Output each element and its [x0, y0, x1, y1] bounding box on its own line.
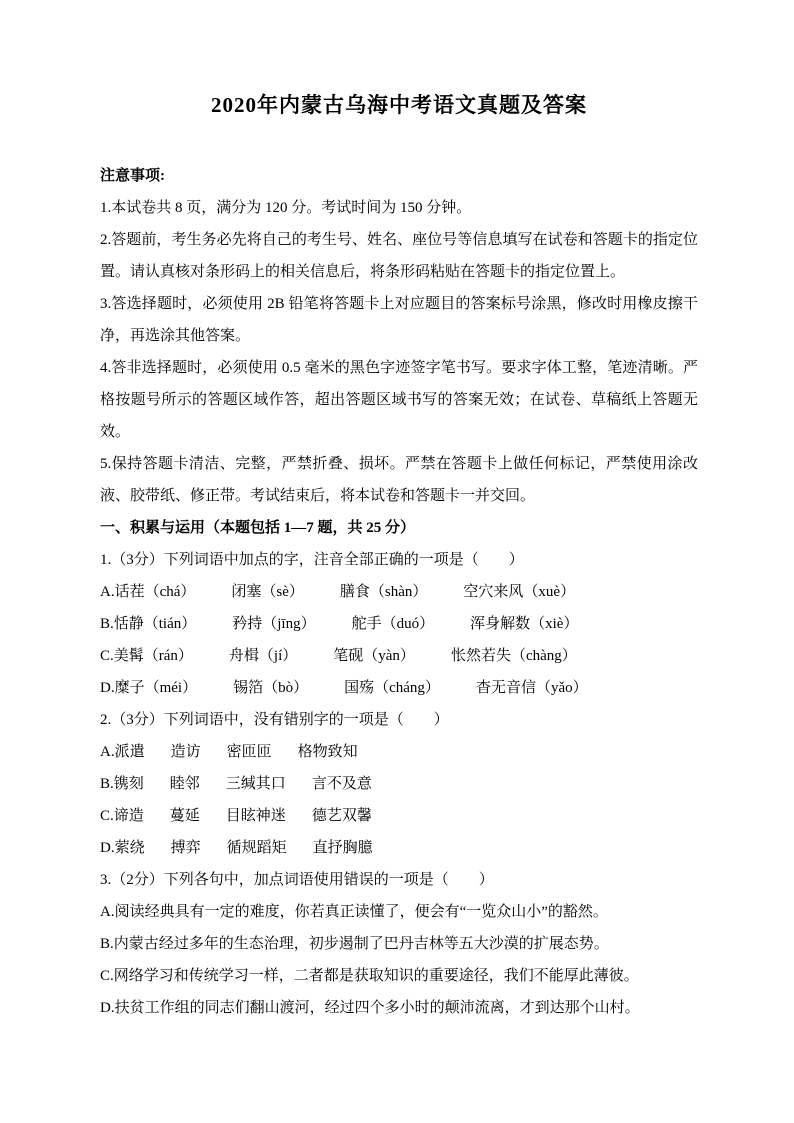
option-word: 萦绕	[115, 840, 145, 856]
question-1-number: 1.	[100, 552, 111, 568]
option-sentence: 内蒙古经过多年的生态治理，初步遏制了巴丹吉林等五大沙漠的扩展态势。	[114, 936, 609, 952]
question-3-option-a: A.阅读经典具有一定的难度，你若真正读懂了，便会有“一览众山小”的豁然。	[100, 896, 698, 928]
option-label: A.	[100, 584, 115, 600]
notice-item-5: 5.保持答题卡清洁、完整，严禁折叠、损坏。严禁在答题卡上做任何标记，严禁使用涂改…	[100, 448, 698, 512]
option-word: 国殇（cháng）	[344, 680, 440, 696]
question-2-option-c: C.谛造蔓延目眩神迷德艺双馨	[100, 800, 698, 832]
option-word: 膳食（shàn）	[340, 584, 428, 600]
notice-heading: 注意事项:	[100, 160, 698, 192]
option-label: C.	[100, 648, 114, 664]
question-2-stem: 2.（3分）下列词语中，没有错别字的一项是（ ）	[100, 704, 698, 736]
option-word: 直抒胸臆	[313, 840, 373, 856]
question-1-option-c: C.美髯（rán）舟楫（jí）笔砚（yàn）怅然若失（chàng）	[100, 640, 698, 672]
notice-item-1: 1.本试卷共 8 页，满分为 120 分。考试时间为 150 分钟。	[100, 192, 698, 224]
question-3-stem: 3.（2分）下列各句中，加点词语使用错误的一项是（ ）	[100, 864, 698, 896]
option-label: A.	[100, 744, 115, 760]
option-label: D.	[100, 1000, 115, 1016]
question-3-text: （2分）下列各句中，加点词语使用错误的一项是（ ）	[111, 872, 494, 888]
question-1-option-a: A.话茬（chá）闭塞（sè）膳食（shàn）空穴来风（xuè）	[100, 576, 698, 608]
question-2-option-b: B.镌刻睦邻三缄其口言不及意	[100, 768, 698, 800]
option-word: 笔砚（yàn）	[333, 648, 415, 664]
question-2-number: 2.	[100, 712, 111, 728]
option-word: 恬静（tián）	[114, 616, 197, 632]
option-label: B.	[100, 776, 114, 792]
option-sentence: 阅读经典具有一定的难度，你若真正读懂了，便会有“一览众山小”的豁然。	[115, 904, 608, 920]
option-word: 格物致知	[298, 744, 358, 760]
option-word: 循规蹈矩	[227, 840, 287, 856]
question-3-number: 3.	[100, 872, 111, 888]
question-2-option-a: A.派遣造访密匝匝格物致知	[100, 736, 698, 768]
option-word: 锡箔（bò）	[233, 680, 308, 696]
document-page: 2020年内蒙古乌海中考语文真题及答案 注意事项: 1.本试卷共 8 页，满分为…	[0, 0, 794, 1123]
question-3-option-c: C.网络学习和传统学习一样，二者都是获取知识的重要途径，我们不能厚此薄彼。	[100, 960, 698, 992]
question-2-option-d: D.萦绕搏弈循规蹈矩直抒胸臆	[100, 832, 698, 864]
notice-item-4: 4.答非选择题时，必须使用 0.5 毫米的黑色字迹签字笔书写。要求字体工整，笔迹…	[100, 352, 698, 448]
option-word: 糜子（méi）	[115, 680, 198, 696]
option-sentence: 网络学习和传统学习一样，二者都是获取知识的重要途径，我们不能厚此薄彼。	[114, 968, 639, 984]
option-word: 浑身解数（xiè）	[470, 616, 578, 632]
option-word: 谛造	[114, 808, 144, 824]
option-label: C.	[100, 968, 114, 984]
option-word: 怅然若失（chàng）	[451, 648, 577, 664]
option-word: 镌刻	[114, 776, 144, 792]
question-1-option-b: B.恬静（tián）矜持（jīng）舵手（duó）浑身解数（xiè）	[100, 608, 698, 640]
option-word: 矜持（jīng）	[232, 616, 315, 632]
question-1-stem: 1.（3分）下列词语中加点的字，注音全部正确的一项是（ ）	[100, 544, 698, 576]
question-3-option-d: D.扶贫工作组的同志们翻山渡河，经过四个多小时的颠沛流离，才到达那个山村。	[100, 992, 698, 1024]
option-sentence: 扶贫工作组的同志们翻山渡河，经过四个多小时的颠沛流离，才到达那个山村。	[115, 1000, 640, 1016]
section-heading: 一、积累与运用（本题包括 1—7 题，共 25 分）	[100, 512, 698, 544]
option-label: D.	[100, 680, 115, 696]
option-word: 言不及意	[312, 776, 372, 792]
option-word: 舵手（duó）	[352, 616, 435, 632]
option-word: 造访	[171, 744, 201, 760]
option-word: 搏弈	[171, 840, 201, 856]
question-2-text: （3分）下列词语中，没有错别字的一项是（ ）	[111, 712, 449, 728]
option-word: 杳无音信（yǎo）	[476, 680, 588, 696]
notice-item-2: 2.答题前，考生务必先将自己的考生号、姓名、座位号等信息填写在试卷和答题卡的指定…	[100, 224, 698, 288]
option-word: 三缄其口	[226, 776, 286, 792]
notice-item-3: 3.答选择题时，必须使用 2B 铅笔将答题卡上对应题目的答案标号涂黑，修改时用橡…	[100, 288, 698, 352]
option-label: B.	[100, 936, 114, 952]
option-label: A.	[100, 904, 115, 920]
option-label: D.	[100, 840, 115, 856]
document-title: 2020年内蒙古乌海中考语文真题及答案	[100, 90, 698, 120]
option-word: 空穴来风（xuè）	[463, 584, 575, 600]
option-label: B.	[100, 616, 114, 632]
question-3-option-b: B.内蒙古经过多年的生态治理，初步遏制了巴丹吉林等五大沙漠的扩展态势。	[100, 928, 698, 960]
option-word: 派遣	[115, 744, 145, 760]
option-label: C.	[100, 808, 114, 824]
option-word: 舟楫（jí）	[229, 648, 297, 664]
option-word: 目眩神迷	[226, 808, 286, 824]
option-word: 睦邻	[170, 776, 200, 792]
option-word: 闭塞（sè）	[231, 584, 304, 600]
option-word: 密匝匝	[227, 744, 272, 760]
option-word: 蔓延	[170, 808, 200, 824]
option-word: 德艺双馨	[312, 808, 372, 824]
question-1-text: （3分）下列词语中加点的字，注音全部正确的一项是（ ）	[111, 552, 524, 568]
option-word: 美髯（rán）	[114, 648, 193, 664]
question-1-option-d: D.糜子（méi）锡箔（bò）国殇（cháng）杳无音信（yǎo）	[100, 672, 698, 704]
option-word: 话茬（chá）	[115, 584, 196, 600]
